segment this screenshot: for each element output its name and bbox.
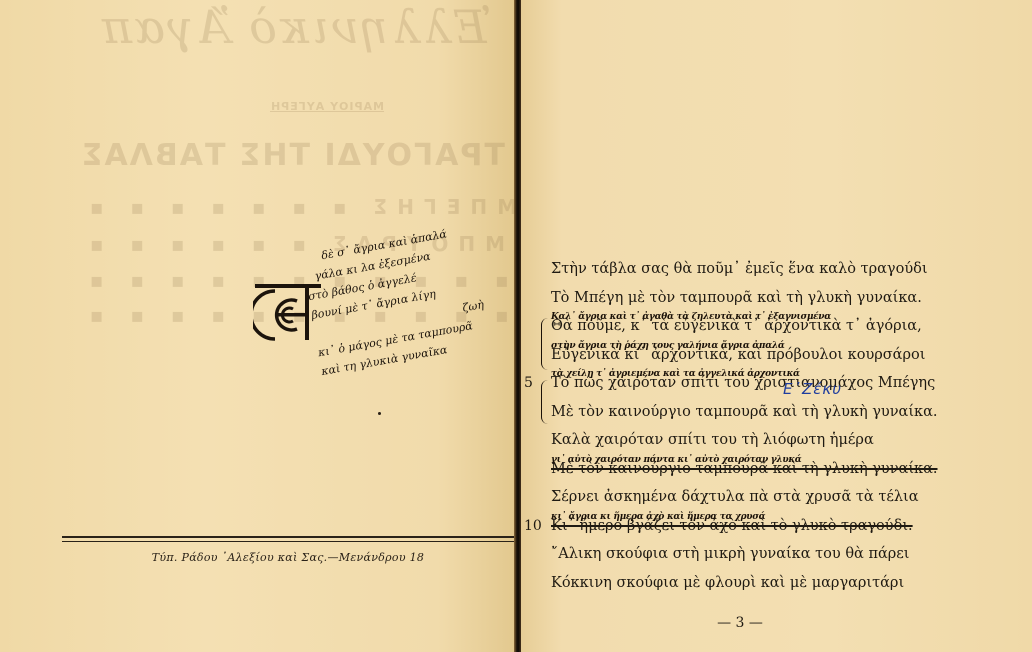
verse-line: Στὴν τάβλα σας θὰ ποῦμ᾽ ἐμεῖς ἕνα καλὸ τ… bbox=[551, 255, 991, 284]
verse-line: 5 τὰ χείλη τ᾽ ἀγριεμένα καὶ τα ἀγγελικά … bbox=[551, 369, 991, 398]
handwritten-interlinear: στὴν ἄγρια τὴ ῥάχη τους γαλήνια ἄγρια ἀπ… bbox=[551, 332, 784, 360]
handwritten-interlinear: κι᾽ ἄγρια κι ἥμερα ἀχὸ καὶ ἥμερα τα χρυσ… bbox=[551, 503, 765, 531]
line-number: 5 bbox=[524, 369, 533, 397]
poem-verses: Στὴν τάβλα σας θὰ ποῦμ᾽ ἐμεῖς ἕνα καλὸ τ… bbox=[551, 255, 991, 597]
imprint-rule bbox=[62, 536, 514, 538]
book-spread: Ἑλληνικὸ Ἄγαπ ΜΑΡΙΟΥ ΑΥΓΕΡΗ ΤΡΑΓΟΥΔΙ ΤΗΣ… bbox=[0, 0, 1032, 652]
margin-bracket bbox=[541, 318, 548, 370]
verse-line: Μὲ τὸν καινούργιο ταμπουρᾶ καὶ τὴ γλυκὴ … bbox=[551, 398, 991, 427]
margin-bracket bbox=[541, 380, 548, 424]
bleed-through-title: ΤΡΑΓΟΥΔΙ ΤΗΣ ΤΑΒΛΑΣ bbox=[80, 138, 505, 173]
ink-speck bbox=[378, 412, 381, 415]
bleed-through-author: ΜΑΡΙΟΥ ΑΥΓΕΡΗ bbox=[270, 100, 384, 113]
handwritten-interlinear: Καλ᾽ ἄγρια καὶ τ᾽ ἀγαθὰ τὰ ζηλευτὰ καὶ τ… bbox=[551, 303, 831, 331]
line-number: 10 bbox=[524, 512, 542, 540]
page-number: — 3 — bbox=[700, 615, 780, 631]
left-page: Ἑλληνικὸ Ἄγαπ ΜΑΡΙΟΥ ΑΥΓΕΡΗ ΤΡΑΓΟΥΔΙ ΤΗΣ… bbox=[0, 0, 516, 652]
handwritten-interlinear: τὰ χείλη τ᾽ ἀγριεμένα καὶ τα ἀγγελικά ἀρ… bbox=[551, 360, 800, 388]
handwritten-interlinear: γι᾽ αὐτὸ χαιρόταν πάντα κι᾽ αὐτὸ χαιρότα… bbox=[551, 446, 801, 474]
verse-line-struck: γι᾽ αὐτὸ χαιρόταν πάντα κι᾽ αὐτὸ χαιρότα… bbox=[551, 455, 991, 484]
verse-line-struck: 10 κι᾽ ἄγρια κι ἥμερα ἀχὸ καὶ ἥμερα τα χ… bbox=[551, 512, 991, 541]
imprint-rule bbox=[62, 541, 514, 542]
verse-line: ῎Αλικη σκούφια στὴ μικρὴ γυναίκα του θὰ … bbox=[551, 540, 991, 569]
verse-line: Κόκκινη σκούφια μὲ φλουρὶ καὶ μὲ μαργαρι… bbox=[551, 569, 991, 598]
bleed-through-row: Ο ΜΠΕΓΗΣ ▪ ▪ ▪ ▪ ▪ ▪ ▪ bbox=[80, 195, 561, 219]
printer-imprint: Τύπ. Ράδου ᾿Αλεξίου καὶ Σας.—Μενάνδρου 1… bbox=[62, 551, 514, 564]
bleed-through-script-title: Ἑλληνικὸ Ἄγαπ bbox=[100, 0, 492, 54]
